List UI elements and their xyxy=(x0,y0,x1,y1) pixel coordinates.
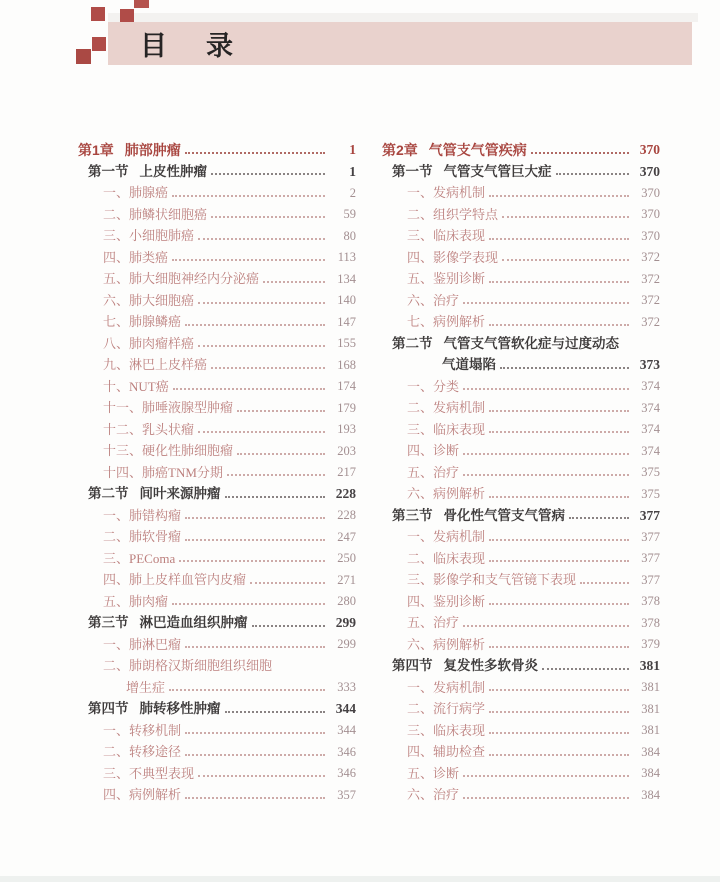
toc-entry: 五、治疗375 xyxy=(382,462,660,484)
dot-leader xyxy=(580,582,629,584)
dot-leader xyxy=(542,668,629,670)
entry-title: 间叶来源肿瘤 xyxy=(140,487,221,501)
entry-title: 十、NUT癌 xyxy=(103,380,169,393)
entry-label: 第二节 xyxy=(392,337,433,351)
toc-entry: 第1章肺部肿瘤1 xyxy=(78,139,356,161)
entry-title: 五、治疗 xyxy=(407,466,459,479)
entry-title: 八、肺肉瘤样癌 xyxy=(103,337,194,350)
toc-entry: 二、肺软骨瘤247 xyxy=(78,526,356,548)
entry-title: 四、肺类癌 xyxy=(103,251,168,264)
page-number: 250 xyxy=(331,552,356,565)
entry-label: 第三节 xyxy=(88,616,129,630)
title-banner: 目 录 xyxy=(108,22,692,65)
entry-title: 一、转移机制 xyxy=(103,724,181,737)
entry-title: 气管支气管巨大症 xyxy=(444,165,552,179)
dot-leader xyxy=(463,625,629,627)
toc-entry: 一、肺淋巴瘤299 xyxy=(78,634,356,656)
dot-leader xyxy=(185,754,325,756)
toc-entry: 二、转移途径346 xyxy=(78,741,356,763)
dot-leader xyxy=(250,582,325,584)
entry-title: 五、治疗 xyxy=(407,616,459,629)
page-number: 346 xyxy=(331,746,356,759)
dot-leader xyxy=(185,732,325,734)
toc-entry: 第四节复发性多软骨炎381 xyxy=(382,655,660,677)
entry-title: 六、治疗 xyxy=(407,788,459,801)
toc-column-left: 第1章肺部肿瘤1第一节上皮性肿瘤1一、肺腺癌2二、肺鳞状细胞癌59三、小细胞肺癌… xyxy=(78,139,356,806)
dot-leader xyxy=(489,603,629,605)
page-number: 179 xyxy=(331,402,356,415)
toc-entry: 六、治疗372 xyxy=(382,290,660,312)
dot-leader xyxy=(502,259,629,261)
dot-leader xyxy=(463,797,629,799)
dot-leader xyxy=(531,152,629,154)
dot-leader xyxy=(556,173,630,175)
toc-entry: 第四节肺转移性肿瘤344 xyxy=(78,698,356,720)
toc-entry: 四、辅助检查384 xyxy=(382,741,660,763)
dot-leader xyxy=(463,453,629,455)
entry-title: 三、临床表现 xyxy=(407,423,485,436)
dot-leader xyxy=(185,517,325,519)
entry-title: 二、肺软骨瘤 xyxy=(103,530,181,543)
toc-entry: 一、发病机制377 xyxy=(382,526,660,548)
entry-title: 六、治疗 xyxy=(407,294,459,307)
dot-leader xyxy=(489,711,629,713)
toc-entry: 十一、肺唾液腺型肿瘤179 xyxy=(78,397,356,419)
page-number: 344 xyxy=(331,702,356,716)
page-number: 381 xyxy=(635,681,660,694)
page-number: 217 xyxy=(331,466,356,479)
toc-entry: 三、临床表现370 xyxy=(382,225,660,247)
entry-title: 增生症 xyxy=(126,681,165,694)
toc-entry: 五、鉴别诊断372 xyxy=(382,268,660,290)
toc-entry: 三、影像学和支气管镜下表现377 xyxy=(382,569,660,591)
toc-entry: 气道塌陷373 xyxy=(382,354,660,376)
entry-title: 二、发病机制 xyxy=(407,401,485,414)
page-number: 379 xyxy=(635,638,660,651)
toc-entry: 五、肺大细胞神经内分泌癌134 xyxy=(78,268,356,290)
dot-leader xyxy=(500,367,629,369)
toc-entry: 第一节上皮性肿瘤1 xyxy=(78,161,356,183)
toc-entry: 六、治疗384 xyxy=(382,784,660,806)
dot-leader xyxy=(185,646,325,648)
dot-leader xyxy=(502,216,629,218)
entry-title: 二、肺鳞状细胞癌 xyxy=(103,208,207,221)
toc-entry: 一、发病机制370 xyxy=(382,182,660,204)
entry-title: 气管支气管软化症与过度动态 xyxy=(444,337,620,351)
dot-leader xyxy=(179,560,325,562)
scan-band-top xyxy=(108,13,698,22)
toc-entry: 四、肺上皮样血管内皮瘤271 xyxy=(78,569,356,591)
entry-title: 三、不典型表现 xyxy=(103,767,194,780)
page-number: 357 xyxy=(331,789,356,802)
page-number: 377 xyxy=(635,552,660,565)
entry-title: 淋巴造血组织肿瘤 xyxy=(140,616,248,630)
entry-label: 第1章 xyxy=(78,143,114,157)
entry-title: 五、诊断 xyxy=(407,767,459,780)
entry-title: 五、肺大细胞神经内分泌癌 xyxy=(103,272,259,285)
entry-title: 四、肺上皮样血管内皮瘤 xyxy=(103,573,246,586)
toc-entry: 八、肺肉瘤样癌155 xyxy=(78,333,356,355)
toc-page: 目 录 第1章肺部肿瘤1第一节上皮性肿瘤1一、肺腺癌2二、肺鳞状细胞癌59三、小… xyxy=(0,0,720,882)
dot-leader xyxy=(185,152,325,154)
toc-entry: 增生症333 xyxy=(78,677,356,699)
page-number: 1 xyxy=(331,143,356,157)
dot-leader xyxy=(185,797,325,799)
entry-title: 气管支气管疾病 xyxy=(429,143,527,157)
toc-entry: 一、肺错构瘤228 xyxy=(78,505,356,527)
dot-leader xyxy=(489,324,629,326)
entry-title: 十一、肺唾液腺型肿瘤 xyxy=(103,401,233,414)
dot-leader xyxy=(489,754,629,756)
page-number: 168 xyxy=(331,359,356,372)
toc-entry: 六、病例解析379 xyxy=(382,634,660,656)
dot-leader xyxy=(463,302,629,304)
page-number: 384 xyxy=(635,746,660,759)
toc-entry: 四、病例解析357 xyxy=(78,784,356,806)
toc-entry: 五、诊断384 xyxy=(382,763,660,785)
toc-entry: 三、临床表现374 xyxy=(382,419,660,441)
page-number: 375 xyxy=(635,466,660,479)
entry-title: 复发性多软骨炎 xyxy=(444,659,539,673)
entry-title: 二、转移途径 xyxy=(103,745,181,758)
entry-title: 四、鉴别诊断 xyxy=(407,595,485,608)
toc-entry: 五、治疗378 xyxy=(382,612,660,634)
dot-leader xyxy=(173,388,325,390)
entry-title: 四、病例解析 xyxy=(103,788,181,801)
page-number: 147 xyxy=(331,316,356,329)
toc-entry: 三、临床表现381 xyxy=(382,720,660,742)
page-number: 377 xyxy=(635,574,660,587)
dot-leader xyxy=(489,281,629,283)
entry-title: 六、病例解析 xyxy=(407,487,485,500)
dot-leader xyxy=(227,474,325,476)
page-number: 228 xyxy=(331,509,356,522)
page-title: 目 录 xyxy=(140,24,239,63)
toc-entry: 第二节间叶来源肿瘤228 xyxy=(78,483,356,505)
dot-leader xyxy=(489,646,629,648)
toc-entry: 三、不典型表现346 xyxy=(78,763,356,785)
entry-label: 第二节 xyxy=(88,487,129,501)
decorative-square xyxy=(120,9,134,23)
entry-title: 五、肺肉瘤 xyxy=(103,595,168,608)
toc-entry: 十三、硬化性肺细胞瘤203 xyxy=(78,440,356,462)
dot-leader xyxy=(463,474,629,476)
dot-leader xyxy=(172,259,325,261)
page-number: 203 xyxy=(331,445,356,458)
page-number: 372 xyxy=(635,316,660,329)
toc-entry: 一、肺腺癌2 xyxy=(78,182,356,204)
entry-title: 四、辅助检查 xyxy=(407,745,485,758)
page-number: 299 xyxy=(331,638,356,651)
entry-title: 骨化性气管支气管病 xyxy=(444,509,566,523)
page-number: 174 xyxy=(331,380,356,393)
page-number: 378 xyxy=(635,617,660,630)
toc-entry: 第一节气管支气管巨大症370 xyxy=(382,161,660,183)
page-number: 2 xyxy=(331,187,356,200)
dot-leader xyxy=(263,281,325,283)
dot-leader xyxy=(489,689,629,691)
dot-leader xyxy=(489,431,629,433)
toc-entry: 二、临床表现377 xyxy=(382,548,660,570)
dot-leader xyxy=(225,496,326,498)
dot-leader xyxy=(198,238,325,240)
entry-title: 一、肺淋巴瘤 xyxy=(103,638,181,651)
dot-leader xyxy=(185,539,325,541)
toc-entry: 十四、肺癌TNM分期217 xyxy=(78,462,356,484)
page-number: 372 xyxy=(635,294,660,307)
entry-title: 十二、乳头状瘤 xyxy=(103,423,194,436)
entry-title: 一、发病机制 xyxy=(407,186,485,199)
page-number: 381 xyxy=(635,703,660,716)
dot-leader xyxy=(198,775,325,777)
page-number: 1 xyxy=(331,165,356,179)
toc-entry: 四、肺类癌113 xyxy=(78,247,356,269)
toc-entry: 七、病例解析372 xyxy=(382,311,660,333)
entry-label: 第2章 xyxy=(382,143,418,157)
entry-title: 一、肺错构瘤 xyxy=(103,509,181,522)
dot-leader xyxy=(569,517,629,519)
toc-entry: 六、病例解析375 xyxy=(382,483,660,505)
dot-leader xyxy=(172,195,325,197)
dot-leader xyxy=(185,324,325,326)
toc-entry: 一、转移机制344 xyxy=(78,720,356,742)
page-number: 59 xyxy=(331,208,356,221)
decorative-square xyxy=(92,37,106,51)
toc-entry: 三、小细胞肺癌80 xyxy=(78,225,356,247)
entry-title: 三、临床表现 xyxy=(407,724,485,737)
page-number: 333 xyxy=(331,681,356,694)
entry-title: 一、发病机制 xyxy=(407,530,485,543)
dot-leader xyxy=(237,410,325,412)
dot-leader xyxy=(198,302,325,304)
entry-title: 六、肺大细胞癌 xyxy=(103,294,194,307)
entry-title: 五、鉴别诊断 xyxy=(407,272,485,285)
page-number: 370 xyxy=(635,208,660,221)
toc-entry: 二、流行病学381 xyxy=(382,698,660,720)
page-number: 370 xyxy=(635,165,660,179)
dot-leader xyxy=(463,388,629,390)
page-number: 193 xyxy=(331,423,356,436)
page-number: 247 xyxy=(331,531,356,544)
entry-title: 七、肺腺鳞癌 xyxy=(103,315,181,328)
entry-title: 二、流行病学 xyxy=(407,702,485,715)
decorative-square xyxy=(91,7,105,21)
entry-title: 肺部肿瘤 xyxy=(125,143,181,157)
dot-leader xyxy=(211,367,325,369)
toc-entry: 第2章气管支气管疾病370 xyxy=(382,139,660,161)
toc-entry: 四、诊断374 xyxy=(382,440,660,462)
toc-entry: 四、鉴别诊断378 xyxy=(382,591,660,613)
entry-title: 六、病例解析 xyxy=(407,638,485,651)
page-number: 373 xyxy=(635,358,660,372)
dot-leader xyxy=(211,173,325,175)
entry-title: 九、淋巴上皮样癌 xyxy=(103,358,207,371)
toc-entry: 二、肺朗格汉斯细胞组织细胞 xyxy=(78,655,356,677)
dot-leader xyxy=(211,216,325,218)
scan-band-bottom xyxy=(0,876,720,882)
toc-entry: 一、发病机制381 xyxy=(382,677,660,699)
dot-leader xyxy=(225,711,326,713)
toc-entry: 第二节气管支气管软化症与过度动态 xyxy=(382,333,660,355)
entry-title: 三、影像学和支气管镜下表现 xyxy=(407,573,576,586)
toc-column-right: 第2章气管支气管疾病370第一节气管支气管巨大症370一、发病机制370二、组织… xyxy=(382,139,660,806)
dot-leader xyxy=(169,689,325,691)
toc-entry: 一、分类374 xyxy=(382,376,660,398)
entry-title: 三、小细胞肺癌 xyxy=(103,229,194,242)
dot-leader xyxy=(198,345,325,347)
page-number: 384 xyxy=(635,767,660,780)
toc-entry: 十二、乳头状瘤193 xyxy=(78,419,356,441)
toc-entry: 第三节骨化性气管支气管病377 xyxy=(382,505,660,527)
page-number: 372 xyxy=(635,251,660,264)
entry-title: 四、影像学表现 xyxy=(407,251,498,264)
page-number: 228 xyxy=(331,487,356,501)
dot-leader xyxy=(463,775,629,777)
toc-entry: 二、组织学特点370 xyxy=(382,204,660,226)
page-number: 377 xyxy=(635,509,660,523)
page-number: 374 xyxy=(635,445,660,458)
entry-label: 第四节 xyxy=(392,659,433,673)
page-number: 280 xyxy=(331,595,356,608)
page-number: 378 xyxy=(635,595,660,608)
entry-title: 二、肺朗格汉斯细胞组织细胞 xyxy=(103,659,272,672)
entry-title: 十四、肺癌TNM分期 xyxy=(103,466,223,479)
toc-entry: 六、肺大细胞癌140 xyxy=(78,290,356,312)
dot-leader xyxy=(489,195,629,197)
entry-title: 三、临床表现 xyxy=(407,229,485,242)
entry-label: 第三节 xyxy=(392,509,433,523)
entry-label: 第一节 xyxy=(392,165,433,179)
dot-leader xyxy=(489,732,629,734)
page-number: 370 xyxy=(635,230,660,243)
page-number: 381 xyxy=(635,724,660,737)
dot-leader xyxy=(489,496,629,498)
toc-entry: 三、PEComa250 xyxy=(78,548,356,570)
dot-leader xyxy=(489,410,629,412)
page-number: 381 xyxy=(635,659,660,673)
entry-title: 气道塌陷 xyxy=(442,358,496,372)
decorative-square xyxy=(76,49,91,64)
page-number: 374 xyxy=(635,402,660,415)
page-number: 140 xyxy=(331,294,356,307)
page-number: 80 xyxy=(331,230,356,243)
page-number: 374 xyxy=(635,423,660,436)
entry-label: 第四节 xyxy=(88,702,129,716)
dot-leader xyxy=(198,431,325,433)
dot-leader xyxy=(252,625,326,627)
toc-entry: 七、肺腺鳞癌147 xyxy=(78,311,356,333)
page-number: 155 xyxy=(331,337,356,350)
entry-title: 一、肺腺癌 xyxy=(103,186,168,199)
page-number: 377 xyxy=(635,531,660,544)
entry-title: 三、PEComa xyxy=(103,552,175,565)
entry-title: 一、分类 xyxy=(407,380,459,393)
entry-title: 二、组织学特点 xyxy=(407,208,498,221)
dot-leader xyxy=(489,560,629,562)
page-number: 344 xyxy=(331,724,356,737)
decorative-square xyxy=(134,0,149,8)
dot-leader xyxy=(237,453,325,455)
entry-title: 上皮性肿瘤 xyxy=(140,165,208,179)
toc-entry: 二、肺鳞状细胞癌59 xyxy=(78,204,356,226)
page-number: 346 xyxy=(331,767,356,780)
toc-entry: 十、NUT癌174 xyxy=(78,376,356,398)
page-number: 113 xyxy=(331,251,356,264)
entry-title: 四、诊断 xyxy=(407,444,459,457)
entry-title: 十三、硬化性肺细胞瘤 xyxy=(103,444,233,457)
page-number: 375 xyxy=(635,488,660,501)
dot-leader xyxy=(489,238,629,240)
page-number: 372 xyxy=(635,273,660,286)
page-number: 370 xyxy=(635,187,660,200)
toc-entry: 四、影像学表现372 xyxy=(382,247,660,269)
entry-label: 第一节 xyxy=(88,165,129,179)
toc-entry: 二、发病机制374 xyxy=(382,397,660,419)
dot-leader xyxy=(172,603,325,605)
page-number: 384 xyxy=(635,789,660,802)
dot-leader xyxy=(489,539,629,541)
entry-title: 一、发病机制 xyxy=(407,681,485,694)
entry-title: 七、病例解析 xyxy=(407,315,485,328)
page-number: 299 xyxy=(331,616,356,630)
toc-entry: 九、淋巴上皮样癌168 xyxy=(78,354,356,376)
page-number: 374 xyxy=(635,380,660,393)
page-number: 134 xyxy=(331,273,356,286)
toc-entry: 五、肺肉瘤280 xyxy=(78,591,356,613)
page-number: 370 xyxy=(635,143,660,157)
entry-title: 二、临床表现 xyxy=(407,552,485,565)
page-number: 271 xyxy=(331,574,356,587)
toc-entry: 第三节淋巴造血组织肿瘤299 xyxy=(78,612,356,634)
entry-title: 肺转移性肿瘤 xyxy=(140,702,221,716)
